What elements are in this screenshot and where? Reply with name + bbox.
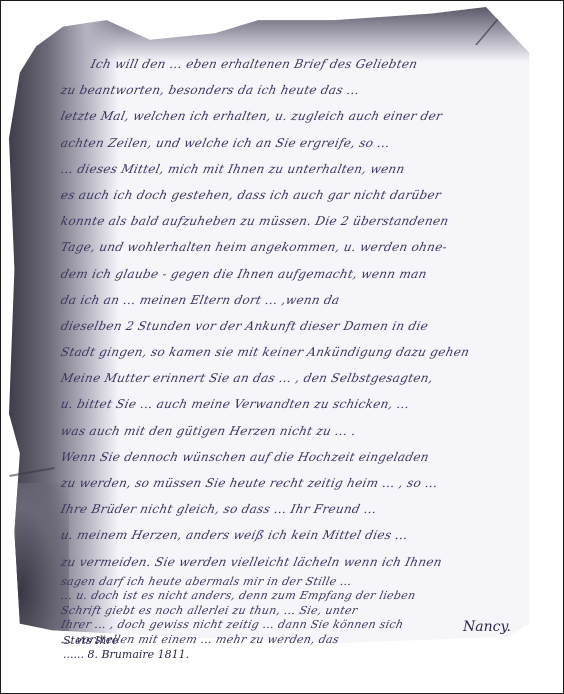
letter-line: ... u. doch ist es nicht anders, denn zu… xyxy=(59,589,508,604)
letter-line: Ich will den ... eben erhaltenen Brief d… xyxy=(58,51,510,77)
letter-line: ... vorstellen mit einem ... mehr zu wer… xyxy=(59,633,508,648)
letter-line: konnte als bald aufzuheben zu müssen. Di… xyxy=(58,208,510,234)
letter-line: Stadt gingen, so kamen sie mit keiner An… xyxy=(58,339,510,365)
letter-line: da ich an ... meinen Eltern dort ... ,we… xyxy=(58,287,510,313)
letter-line: Meine Mutter erinnert Sie an das ... , d… xyxy=(58,365,510,391)
letter-line: sagen darf ich heute abermals mir in der… xyxy=(59,575,508,590)
letter-line: Ihre Brüder nicht gleich, so dass ... Ih… xyxy=(58,496,510,522)
letter-line: Tage, und wohlerhalten heim angekommen, … xyxy=(58,234,510,260)
letter-line: ... dieses Mittel, mich mit Ihnen zu unt… xyxy=(58,156,510,182)
date-line: ...... 8. Brumaire 1811. xyxy=(63,648,189,661)
letter-line: u. bittet Sie ... auch meine Verwandten … xyxy=(58,391,510,417)
letter-line: Ihrer ... , doch gewiss nicht zeitig ...… xyxy=(59,618,508,633)
closing: Stets Ihre xyxy=(63,634,118,647)
letter-line: dieselben 2 Stunden vor der Ankunft dies… xyxy=(58,313,510,339)
letter-line: es auch ich doch gestehen, dass ich auch… xyxy=(58,182,510,208)
letter-line: zu vermeiden. Sie werden vielleicht läch… xyxy=(58,549,510,575)
letter-line: zu beantworten, besonders da ich heute d… xyxy=(58,77,510,103)
letter-line: achten Zeilen, und welche ich an Sie erg… xyxy=(58,130,510,156)
letter-line: Schrift giebt es noch allerlei zu thun, … xyxy=(59,604,508,619)
letter-line: Wenn Sie dennoch wünschen auf die Hochze… xyxy=(58,444,510,470)
letter-line: was auch mit den gütigen Herzen nicht zu… xyxy=(58,418,510,444)
letter-body: Ich will den ... eben erhaltenen Brief d… xyxy=(61,51,507,647)
letter-line: u. meinem Herzen, anders weiß ich kein M… xyxy=(58,522,510,548)
signature: Nancy. xyxy=(463,619,511,635)
document-scan: Ich will den ... eben erhaltenen Brief d… xyxy=(0,0,564,694)
letter-line: zu werden, so müssen Sie heute recht zei… xyxy=(58,470,510,496)
letter-line: letzte Mal, welchen ich erhalten, u. zug… xyxy=(58,103,510,129)
letter-line: dem ich glaube - gegen die Ihnen aufgema… xyxy=(58,261,510,287)
